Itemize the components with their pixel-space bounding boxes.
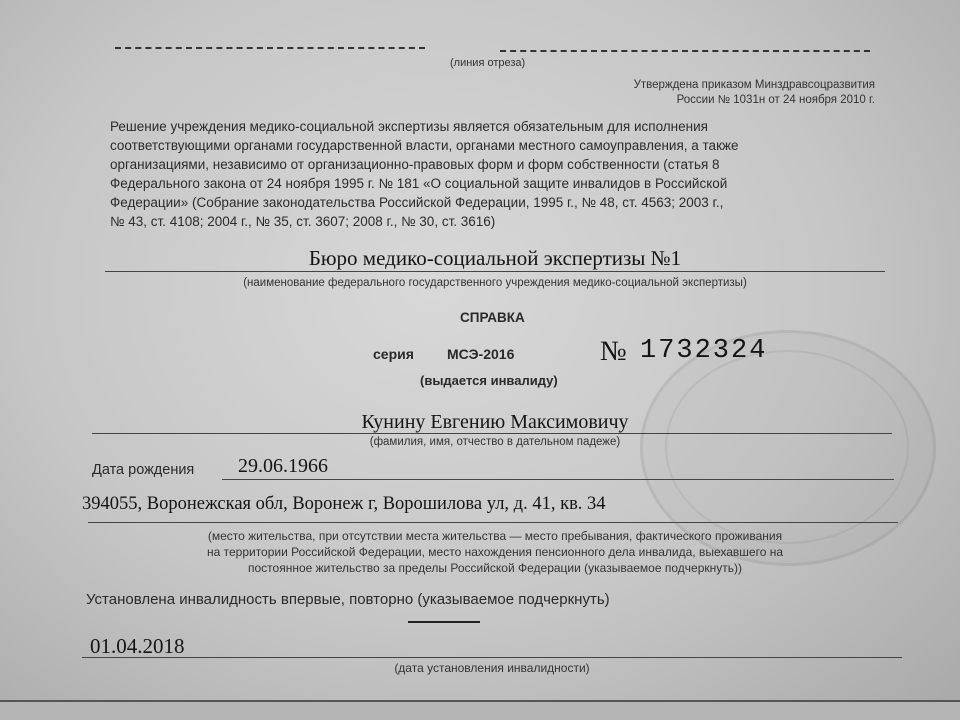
cut-line-label: (линия отреза) [450, 57, 525, 69]
disability-date-caption: (дата установления инвалидности) [82, 661, 902, 675]
series-value: МСЭ-2016 [447, 346, 514, 362]
address-caption-line: на территории Российской Федерации, мест… [90, 544, 900, 560]
person-full-name: Кунину Евгению Максимовичу [95, 411, 895, 434]
preamble-line: Федерации» (Собрание законодательства Ро… [110, 193, 885, 212]
certificate-document: (линия отреза) Утверждена приказом Минзд… [0, 0, 960, 720]
first-time-mark [408, 621, 480, 623]
approval-line-1: Утверждена приказом Минздравсоцразвития [560, 78, 875, 93]
institution-caption: (наименование федерального государственн… [105, 277, 885, 289]
address-caption-line: постоянное жительство за пределы Российс… [90, 560, 900, 576]
institution-name: Бюро медико-социальной экспертизы №1 [105, 246, 885, 271]
approval-line-2: России № 1031н от 24 ноября 2010 г. [560, 93, 875, 108]
address-value: 394055, Воронежская обл, Воронеж г, Воро… [82, 494, 606, 515]
institution-underline [105, 271, 885, 272]
preamble-line: № 43, ст. 4108; 2004 г., № 35, ст. 3607;… [110, 212, 885, 231]
certificate-title: СПРАВКА [460, 310, 525, 325]
birth-date-value: 29.06.1966 [238, 455, 328, 478]
preamble-text: Решение учреждения медико-социальной экс… [110, 117, 885, 231]
name-underline [92, 433, 892, 434]
certificate-number: 1732324 [640, 336, 767, 366]
birth-date-label: Дата рождения [92, 462, 194, 478]
issued-to-note: (выдается инвалиду) [420, 373, 558, 388]
number-sign: № [600, 336, 627, 368]
name-caption: (фамилия, имя, отчество в дательном паде… [95, 436, 895, 448]
disability-established-text: Установлена инвалидность впервые, повтор… [86, 591, 610, 608]
preamble-line: соответствующими органами государственно… [110, 136, 885, 155]
address-caption: (место жительства, при отсутствии места … [90, 528, 900, 576]
address-underline [88, 522, 898, 523]
disability-date-value: 01.04.2018 [90, 634, 185, 659]
preamble-line: Решение учреждения медико-социальной экс… [110, 117, 885, 136]
paper-bottom-edge [0, 700, 960, 720]
disability-date-underline [82, 657, 902, 658]
birth-date-underline [222, 479, 894, 480]
approval-note: Утверждена приказом Минздравсоцразвития … [560, 78, 875, 108]
series-label: серия [373, 346, 414, 362]
cut-line-right [500, 50, 870, 52]
preamble-line: организациями, независимо от организацио… [110, 155, 885, 174]
cut-line-left [115, 47, 425, 49]
address-caption-line: (место жительства, при отсутствии места … [90, 528, 900, 544]
preamble-line: Федерального закона от 24 ноября 1995 г.… [110, 174, 885, 193]
